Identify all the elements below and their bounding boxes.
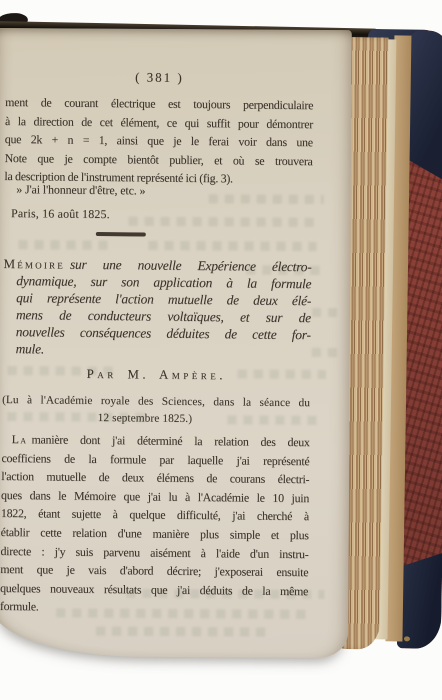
showthrough-line xyxy=(148,241,316,251)
book-page: ( 381 ) ment de courant électrique est t… xyxy=(0,28,352,658)
text-line: mule. xyxy=(16,341,311,361)
memoire-first-line-rest: sur une nouvelle Expérience électro- xyxy=(70,257,312,275)
body-paragraph-lines: coefficiens de la formule par laquelle j… xyxy=(0,449,310,620)
letter-closing-line: » J'ai l'honneur d'être, etc. » xyxy=(4,182,324,200)
body-paragraph: Lamanière dont j'ai déterminé la relatio… xyxy=(0,430,310,619)
leather-corner-bottom xyxy=(397,552,442,649)
book: ( 381 ) ment de courant électrique est t… xyxy=(0,0,442,700)
dateline: Paris, 16 août 1825. xyxy=(4,206,319,224)
paragraph-first-line-rest: manière dont j'ai déterminé la relation … xyxy=(31,432,309,449)
showthrough-line xyxy=(96,627,272,637)
memoire-title: Mémoiresur une nouvelle Expérience élect… xyxy=(3,255,312,361)
gilt-corner-dot xyxy=(404,636,410,641)
memoire-title-lines: dynamique, sur son application à la form… xyxy=(16,272,312,361)
author-byline: Par M. Ampère. xyxy=(2,366,382,385)
showthrough-line xyxy=(312,348,340,357)
lecture-note: (Lu à l'Académie royale des Sciences, da… xyxy=(2,392,310,428)
memoire-lead-word: Mémoire xyxy=(3,256,65,272)
printed-text: ( 381 ) ment de courant électrique est t… xyxy=(6,66,314,69)
paragraph-continuation: ment de courant électrique est toujours … xyxy=(4,93,313,189)
lecture-note-line1: (Lu à l'Académie royale des Sciences, da… xyxy=(2,392,310,412)
showthrough-line xyxy=(18,240,108,250)
paragraph-lead-word: La xyxy=(12,432,28,446)
lecture-note-line2: 12 septembre 1825.) xyxy=(2,409,310,429)
book-photograph: ( 381 ) ment de courant électrique est t… xyxy=(0,0,442,700)
text-line: formule. xyxy=(0,597,308,619)
showthrough-line xyxy=(312,308,340,317)
section-divider-rule xyxy=(96,232,146,236)
page-number-header: ( 381 ) xyxy=(5,68,349,88)
text-line: quelques nouveaux résultats que j'ai déd… xyxy=(0,579,308,601)
